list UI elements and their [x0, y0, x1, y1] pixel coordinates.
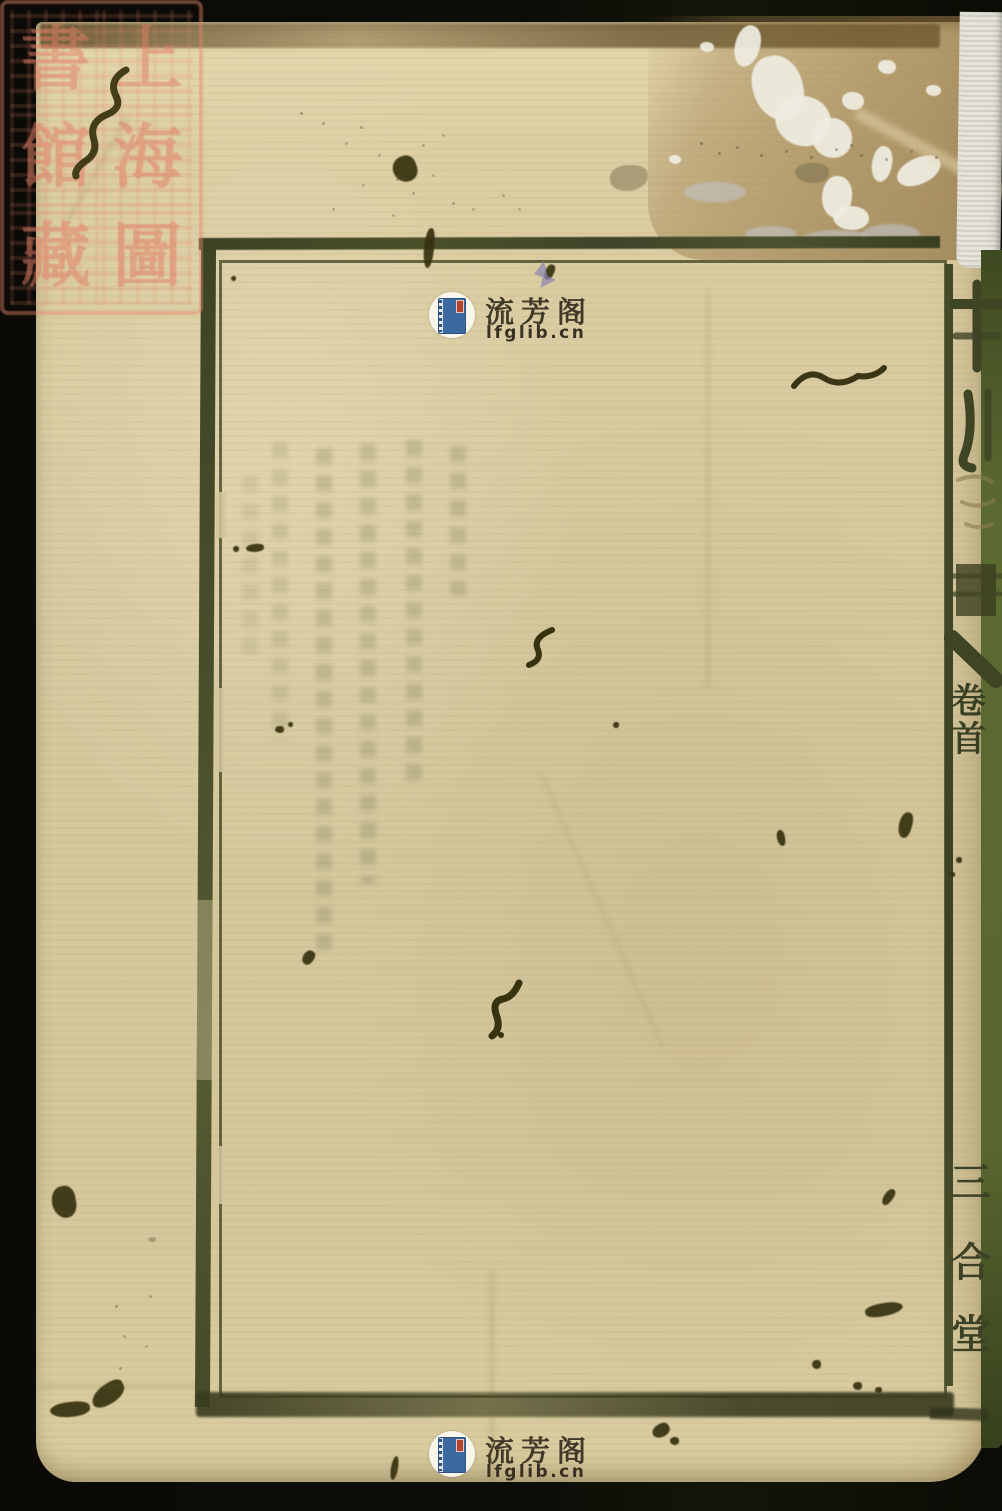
border-break — [214, 1146, 224, 1204]
ink-dot — [670, 1437, 679, 1445]
paper-crease — [40, 1384, 200, 1388]
verso-show-through-text — [230, 436, 474, 966]
ink-dot — [853, 1382, 862, 1390]
spine-title-fragments — [944, 276, 1002, 696]
ink-dot — [956, 857, 962, 863]
ink-dot — [231, 276, 236, 281]
damage-spot — [700, 42, 714, 52]
faint-stain — [795, 163, 829, 183]
ink-squiggle — [489, 977, 525, 1041]
watermark-circle — [429, 1431, 475, 1477]
damage-spot — [878, 60, 896, 74]
ink-dot — [275, 726, 284, 733]
border-fade — [197, 900, 213, 1080]
paper-crease — [490, 1270, 494, 1480]
hall-name-char: 三 — [951, 1163, 999, 1203]
faint-stain — [148, 1237, 156, 1242]
ink-dot — [233, 546, 239, 552]
watermark: 流芳阁 lfglib.cn — [429, 1429, 589, 1483]
watermark-site-url: lfglib.cn — [486, 1462, 586, 1482]
seal-char: 藏 — [10, 207, 102, 305]
frame-border-top — [199, 236, 940, 250]
show-through-column — [360, 444, 376, 884]
adjacent-page-fore-edge — [956, 12, 1002, 269]
watermark-circle — [429, 292, 475, 338]
scanned-book-page: 卷 首 三 合 堂 書 上 館 海 藏 圖 流芳阁 lfglib.cn 流芳阁 … — [0, 0, 1002, 1511]
show-through-column — [450, 446, 466, 596]
damage-spot — [812, 118, 852, 158]
book-icon — [438, 1437, 466, 1473]
ink-dot — [613, 722, 619, 728]
speck-cluster — [300, 112, 303, 115]
border-break — [215, 688, 225, 772]
speck-cluster — [115, 1305, 118, 1308]
show-through-column — [272, 442, 288, 742]
seal-char: 圖 — [102, 207, 194, 305]
damage-spot — [833, 206, 869, 230]
ink-squiggle — [790, 362, 890, 396]
volume-label-char: 卷 — [951, 684, 999, 720]
book-stitch-icon — [439, 1439, 442, 1471]
hall-name-char: 堂 — [951, 1315, 999, 1355]
hall-name-char: 合 — [951, 1243, 999, 1283]
frame-border-bottom — [196, 1392, 954, 1417]
show-through-column — [316, 448, 332, 953]
show-through-column — [242, 476, 258, 656]
silver-stain — [684, 182, 746, 202]
show-through-column — [406, 440, 422, 790]
ink-dot — [950, 872, 955, 877]
volume-label-char: 首 — [951, 722, 999, 758]
speck-cluster — [700, 142, 703, 145]
watermark-site-url: lfglib.cn — [486, 323, 586, 343]
paper-crease — [706, 290, 710, 690]
ink-dot — [812, 1360, 821, 1369]
watermark: 流芳阁 lfglib.cn — [429, 290, 589, 344]
damage-spot — [926, 85, 941, 96]
damage-spot — [669, 155, 681, 164]
book-stitch-icon — [439, 300, 442, 332]
frame-border-bottom-ext — [930, 1407, 988, 1421]
book-icon — [438, 298, 466, 334]
book-label-icon — [456, 1439, 464, 1452]
border-break — [216, 492, 226, 538]
book-label-icon — [456, 300, 464, 313]
ink-squiggle — [525, 626, 557, 668]
ink-dot — [875, 1387, 882, 1393]
ink-dot — [288, 722, 293, 727]
